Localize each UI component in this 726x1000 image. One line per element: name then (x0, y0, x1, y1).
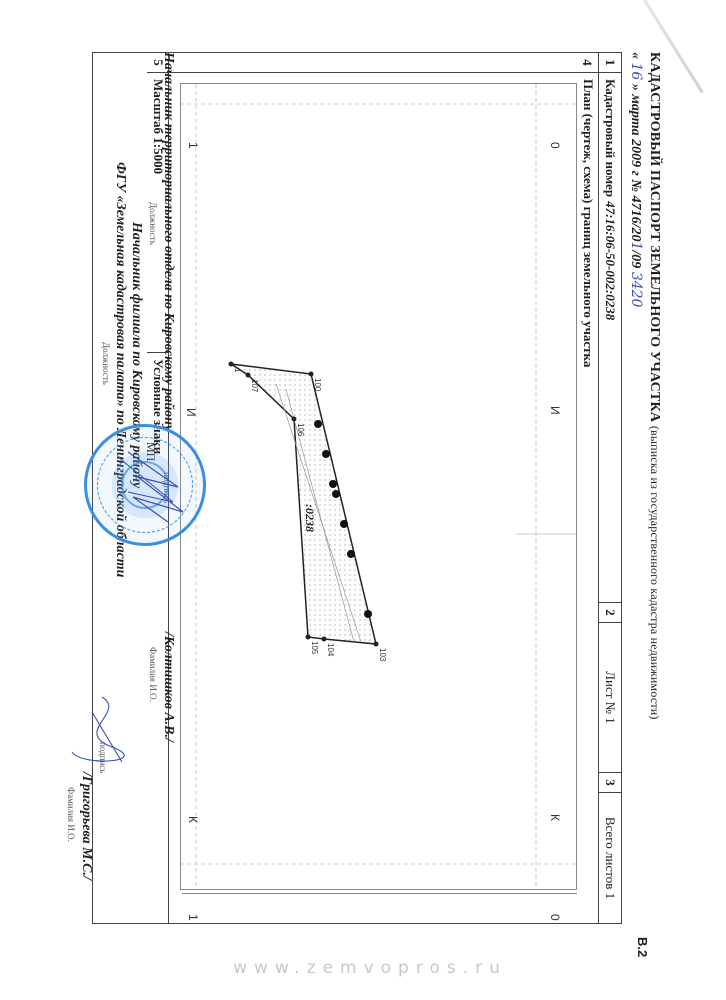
cell-num-3: 3 (599, 773, 621, 793)
grid-label-row-top: И (548, 406, 562, 415)
svg-text:107: 107 (250, 379, 259, 393)
svg-text::0238: :0238 (303, 504, 317, 532)
document-title: КАДАСТРОВЫЙ ПАСПОРТ ЗЕМЕЛЬНОГО УЧАСТКА (… (646, 52, 662, 720)
grid-label-right-top: 0 (548, 914, 562, 921)
grid-label-row-bottom: И (184, 408, 198, 417)
total-sheets: Всего листов 1 (599, 793, 621, 923)
grid-label-left-top: 0 (548, 142, 562, 149)
name-1: /Колтишков А.В./ (160, 632, 176, 742)
cadastral-number-cell: Кадастровый номер 47:16:06-50-002:0238 (599, 73, 621, 603)
parcel-boundary-plan: 1107106100103104105:0238 (181, 84, 576, 889)
plan-right-rule (182, 893, 577, 894)
grid-label-k-bottom: К (186, 816, 200, 823)
position-caption-2: Должность (101, 342, 111, 385)
position-caption-1: Должность (148, 202, 158, 245)
signature-scribble-1 (108, 447, 188, 527)
watermark-url: www.zemvopros.ru (200, 958, 540, 978)
grid-label-k-top: К (548, 814, 562, 821)
cadastral-passport-sheet: КАДАСТРОВЫЙ ПАСПОРТ ЗЕМЕЛЬНОГО УЧАСТКА (… (108, 52, 668, 952)
cell-num-4: 4 (169, 53, 599, 73)
svg-text:104: 104 (326, 643, 335, 657)
name-caption-1: Фамилия И.О. (148, 647, 158, 702)
handwritten-day: 16 (628, 63, 644, 81)
position-1: Начальник территориального отдела по Кир… (160, 52, 176, 431)
table-row-1: 1 Кадастровый номер 47:16:06-50-002:0238… (598, 53, 621, 923)
grid-label-right-bottom: 1 (186, 914, 200, 921)
sheet-number: Лист № 1 (599, 623, 621, 773)
date-text: » марта 2009 г № 4716/20 (628, 84, 643, 242)
title-main: КАДАСТРОВЫЙ ПАСПОРТ ЗЕМЕЛЬНОГО УЧАСТКА (647, 52, 662, 422)
name-caption-2: Фамилия И.О. (66, 787, 76, 842)
grid-label-left-bottom: 1 (186, 142, 200, 149)
cell-num-2: 2 (599, 603, 621, 623)
quote-open: « (628, 52, 643, 59)
plan-title: План (чертеж, схема) границ земельного у… (580, 79, 596, 367)
svg-text:103: 103 (378, 648, 387, 662)
reg-year: /09 (628, 250, 643, 268)
cadastral-label: Кадастровый номер (602, 79, 618, 197)
name-2: /Григорьева М.С./ (78, 772, 94, 880)
form-code: В.2 (635, 937, 650, 957)
svg-text:1: 1 (233, 368, 242, 373)
handwritten-reg-number: 3420 (628, 272, 644, 308)
plan-drawing-area: 1107106100103104105:0238 0 1 И И К К 0 1 (180, 83, 577, 890)
svg-text:105: 105 (310, 641, 319, 655)
cadastral-number: 47:16:06-50-002:0238 (602, 201, 618, 320)
date-and-number: « 16 » марта 2009 г № 4716/201/09 3420 (627, 52, 644, 307)
table-row-4-plan: 4 План (чертеж, схема) границ земельного… (168, 53, 599, 923)
title-subtitle: (выписка из государственного кадастра не… (648, 426, 662, 720)
cell-num-1: 1 (599, 53, 621, 73)
signature-scribble-2 (62, 692, 132, 772)
svg-text:106: 106 (296, 423, 305, 437)
svg-text:100: 100 (313, 378, 322, 392)
